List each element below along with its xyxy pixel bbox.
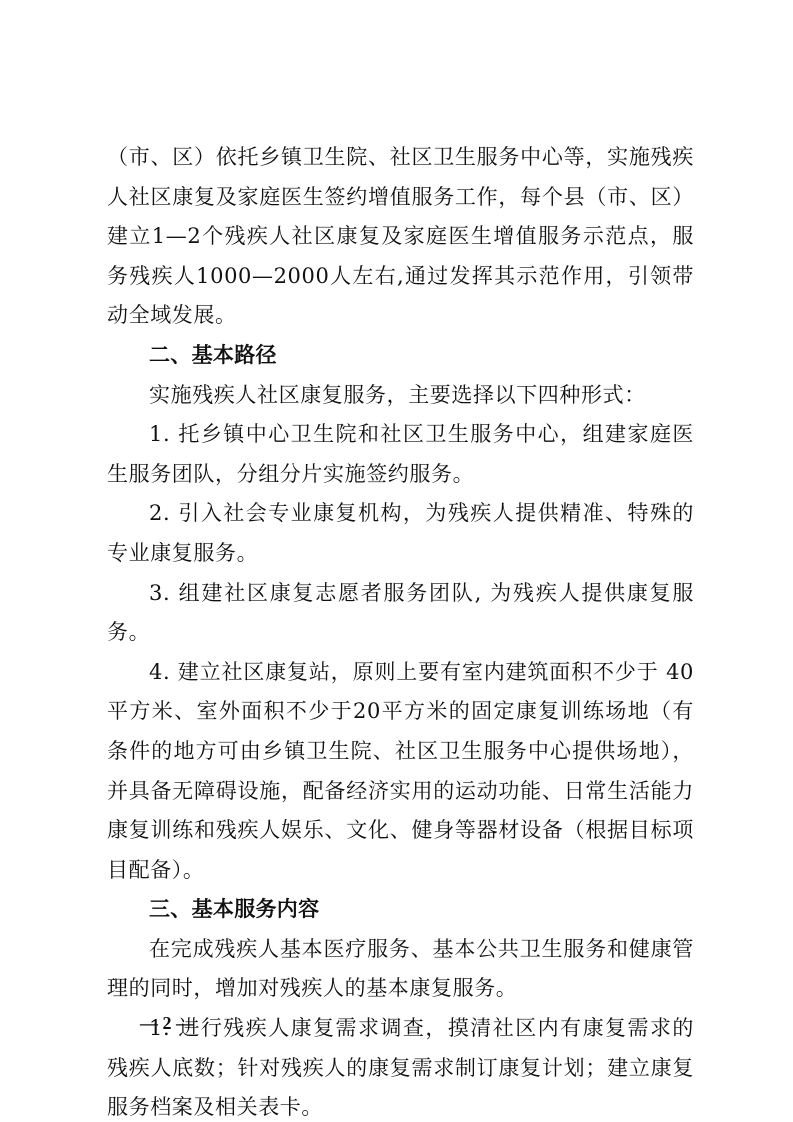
paragraph-form-4: 4. 建立社区康复站，原则上要有室内建筑面积不少于 40 平方米、室外面积不少于… — [107, 653, 694, 891]
paragraph-service-1: 1. 进行残疾人康复需求调查，摸清社区内有康复需求的残疾人底数；针对残疾人的康复… — [107, 1009, 694, 1122]
paragraph-form-2: 2. 引入社会专业康复机构，为残疾人提供精准、特殊的专业康复服务。 — [107, 494, 694, 573]
paragraph-intro-forms: 实施残疾人社区康复服务，主要选择以下四种形式： — [107, 376, 694, 416]
section-heading-basic-path: 二、基本路径 — [107, 336, 694, 376]
page-number: — 2 — — [140, 1013, 194, 1034]
document-page: （市、区）依托乡镇卫生院、社区卫生服务中心等，实施残疾人社区康复及家庭医生签约增… — [107, 138, 694, 1122]
section-heading-basic-services: 三、基本服务内容 — [107, 890, 694, 930]
paragraph-form-3: 3. 组建社区康复志愿者服务团队, 为残疾人提供康复服务。 — [107, 574, 694, 653]
paragraph-form-1: 1. 托乡镇中心卫生院和社区卫生服务中心，组建家庭医生服务团队，分组分片实施签约… — [107, 415, 694, 494]
paragraph-continuation: （市、区）依托乡镇卫生院、社区卫生服务中心等，实施残疾人社区康复及家庭医生签约增… — [107, 138, 694, 336]
paragraph-services-intro: 在完成残疾人基本医疗服务、基本公共卫生服务和健康管理的同时，增加对残疾人的基本康… — [107, 930, 694, 1009]
